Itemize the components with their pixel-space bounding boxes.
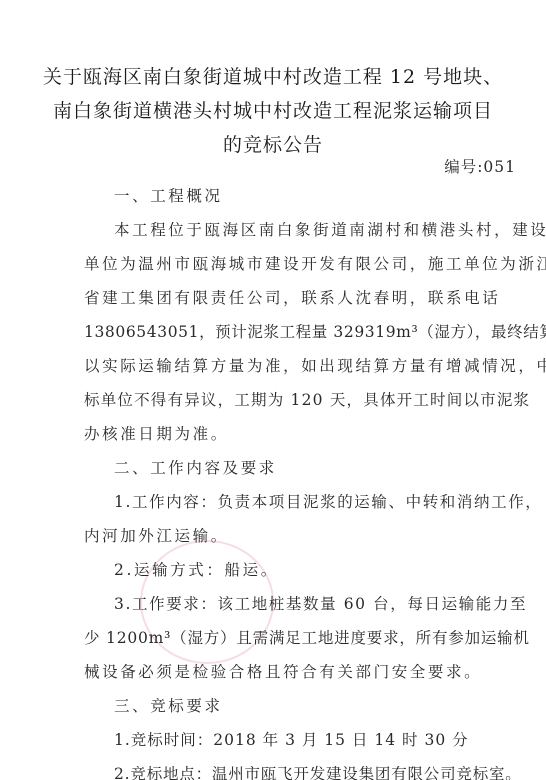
paragraph-line: 省建工集团有限责任公司，联系人沈春明，联系电话	[84, 286, 500, 308]
paragraph-line: 单位为温州市瓯海城市建设开发有限公司，施工单位为浙江	[84, 252, 546, 274]
paragraph-line: 1.竞标时间：2018 年 3 月 15 日 14 时 30 分	[114, 728, 469, 750]
paragraph-line: 2.运输方式：船运。	[114, 558, 279, 580]
paragraph-line: 标单位不得有异议，工期为 120 天，具体开工时间以市泥浆	[84, 388, 530, 410]
paragraph-line: 1.工作内容：负责本项目泥浆的运输、中转和消纳工作，	[114, 490, 542, 512]
section-heading-3: 三、竞标要求	[114, 694, 223, 716]
paragraph-line: 3.工作要求：该工地桩基数量 60 台，每日运输能力至	[114, 592, 527, 614]
paragraph-line: 少 1200m³（湿方）且需满足工地进度要求，所有参加运输机	[84, 626, 530, 648]
title-line-1: 关于瓯海区南白象街道城中村改造工程 12 号地块、	[0, 62, 546, 89]
document-page: 关于瓯海区南白象街道城中村改造工程 12 号地块、 南白象街道横港头村城中村改造…	[0, 0, 546, 780]
title-line-2: 南白象街道横港头村城中村改造工程泥浆运输项目	[0, 96, 546, 123]
title-line-3: 的竞标公告	[0, 130, 546, 157]
paragraph-line: 办核准日期为准。	[84, 422, 229, 444]
section-heading-2: 二、工作内容及要求	[114, 456, 277, 478]
paragraph-line: 13806543051，预计泥浆工程量 329319m³（湿方），最终结算	[84, 320, 546, 342]
paragraph-line: 本工程位于瓯海区南白象街道南湖村和横港头村，建设	[114, 218, 546, 240]
paragraph-line: 械设备必须是检验合格且符合有关部门安全要求。	[84, 660, 482, 682]
section-heading-1: 一、工程概况	[114, 184, 223, 206]
paragraph-line: 内河加外江运输。	[84, 524, 229, 546]
paragraph-line: 2.竞标地点：温州市瓯飞开发建设集团有限公司竞标室。	[114, 762, 522, 780]
serial-number: 编号:051	[444, 155, 516, 177]
paragraph-line: 以实际运输结算方量为准，如出现结算方量有增减情况，中	[84, 354, 546, 376]
